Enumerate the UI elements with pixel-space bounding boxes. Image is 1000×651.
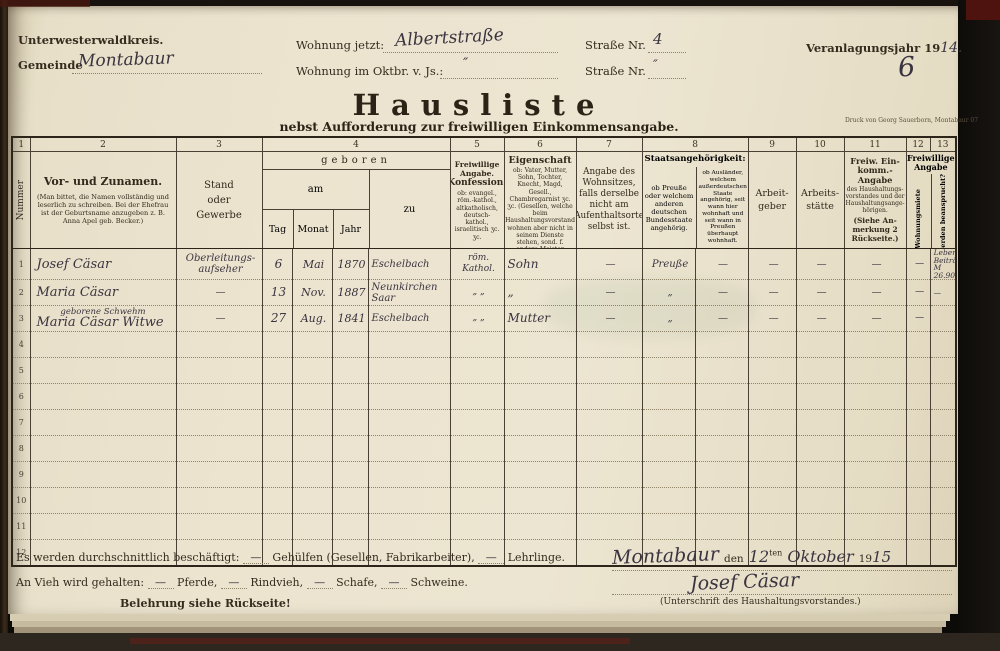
cell-wohnsitz [576,436,642,462]
staat-auslaender-handwritten: — [696,287,748,298]
header-nummer-label: Nummer [16,180,26,220]
arbeitgeber-handwritten: — [749,259,796,270]
cell-jahr [332,332,368,358]
cell-eigenschaft [504,384,576,410]
cell-abzuege [930,436,956,462]
cell-arbeitsstaette: — [796,249,844,280]
cell-staat-auslaender [695,514,748,540]
cell-arbeitgeber [748,332,796,358]
cell-monat [292,436,332,462]
cell-konfession [450,488,504,514]
freiw-eink-handwritten: — [845,313,906,324]
pferde-label: Pferde, [177,576,217,589]
header-konfession-freiwillig: Freiwillige Angabe. [451,161,504,178]
vieh-blank-1: — [148,578,174,589]
strasse-nr-label-1: Straße Nr. [585,38,646,52]
schweine-label: Schweine. [411,576,468,589]
cell-arbeitsstaette [796,358,844,384]
cell-abzuege: Lebensvers. Beiträge M 26.90 [930,249,956,280]
col-number: 3 [176,137,262,152]
header-staat-preusse: ob Preuße oder welchem anderen deutschen… [643,167,696,248]
cell-staat-preusse: „ [642,306,695,332]
cell-staat-preusse [642,332,695,358]
cell-name [30,462,176,488]
table-row: 11 [12,514,956,540]
staat-handwritten: „ [643,313,695,324]
cell-konfession [450,462,504,488]
header-freiw-eink-ref: (Siehe An- merkung 2 Rückseite.) [845,217,906,243]
cell-name [30,488,176,514]
tag-handwritten: 13 [263,287,292,298]
header-arbeitgeber: Arbeit- geber [748,152,796,249]
cell-name [30,436,176,462]
cell-wohnsitz: — [576,306,642,332]
name-handwritten: Josef Cäsar [31,258,176,271]
arbeitsstaette-handwritten: — [797,259,844,270]
cell-freiw-eink [844,384,906,410]
table-row: 4 [12,332,956,358]
cell-wohnsitz [576,462,642,488]
table-row: 8 [12,436,956,462]
wohnung-oktbr-label: Wohnung im Oktbr. v. Js.: [296,64,443,78]
cell-tag [262,462,292,488]
col-number: 1 [12,137,30,152]
konfession-handwritten: röm. Kathol. [451,253,504,275]
header-konfession-note: ob: evangel., röm.-kathol., altkatholisc… [451,189,504,241]
freiw-eink-handwritten: — [845,287,906,298]
cell-abzuege [930,384,956,410]
cell-konfession [450,358,504,384]
scanned-document: Unterwesterwaldkreis. Gemeinde Montabaur… [0,0,1000,651]
header-miete-vertical: Zu zahlende Wohnungsmiete [915,189,923,248]
cell-konfession [450,410,504,436]
header-konfession-title: Konfession: [450,178,504,189]
cell-freiw-eink: — [844,280,906,306]
document-title: Hausliste [0,88,958,122]
year-handwritten: 15 [872,548,891,566]
header-staat-auslaender: ob Ausländer, welchem außerdeutschen Sta… [696,167,749,248]
cell-konfession [450,514,504,540]
cell-staat-auslaender: — [695,306,748,332]
cell-staat-auslaender [695,384,748,410]
wohnung-oktbr-ditto: ″ [463,56,468,72]
header-am-label: am [263,170,369,210]
header-arbeitgeber-label: Arbeit- geber [755,187,788,213]
page-stack-edge [10,614,950,621]
cell-miete [906,462,930,488]
cell-arbeitgeber [748,384,796,410]
cell-wohnsitz [576,410,642,436]
cell-miete [906,384,930,410]
cell-jahr [332,462,368,488]
table-row: 5 [12,358,956,384]
table-row: 3 geborene Schwehm Maria Cäsar Witwe — 2… [12,306,956,332]
header-freiwillige-angabe: Freiwillige Angabe Zu zahlende Wohnungsm… [906,152,956,249]
col-number: 5 [450,137,504,152]
den-label: den [724,553,744,565]
row-number: 8 [12,436,30,462]
cell-tag [262,436,292,462]
table-row: 7 [12,410,956,436]
wohnung-jetzt-fill-line [383,52,558,53]
table-body: 1 Josef Cäsar Oberleitungs- aufseher 6 M… [12,249,956,567]
cell-stand [176,488,262,514]
header-nummer: Nummer [12,152,30,249]
cell-konfession: „ „ [450,306,504,332]
cell-staat-auslaender [695,436,748,462]
arbeitsstaette-handwritten: — [797,287,844,298]
document-subtitle: nebst Aufforderung zur freiwilligen Eink… [0,119,958,134]
cell-arbeitsstaette [796,410,844,436]
cell-eigenschaft [504,410,576,436]
cell-freiw-eink [844,358,906,384]
cell-arbeitsstaette [796,384,844,410]
cell-jahr: 1887 [332,280,368,306]
cell-arbeitgeber: — [748,249,796,280]
cell-tag: 27 [262,306,292,332]
zu-handwritten: Eschelbach [369,313,450,324]
cell-konfession: „ „ [450,280,504,306]
header-fa-title: Freiwillige Angabe [907,152,956,174]
cell-arbeitgeber [748,462,796,488]
cell-zu [368,358,450,384]
jahr-handwritten: 1887 [333,287,368,298]
header-freiw-eink-note: des Haushaltungs- vorstandes und der Hau… [844,185,906,215]
signature-date-line: Montabaur den 12ten Oktober 1915 [612,545,952,567]
beschaeftigt-blank-2: — [478,553,504,564]
cell-name [30,384,176,410]
cell-tag [262,488,292,514]
col-number: 4 [262,137,450,152]
cell-tag: 6 [262,249,292,280]
cell-zu [368,384,450,410]
cell-freiw-eink [844,488,906,514]
cell-staat-preusse [642,514,695,540]
cell-abzuege: — [930,280,956,306]
cell-name [30,410,176,436]
cell-konfession [450,384,504,410]
cell-abzuege [930,514,956,540]
cell-zu [368,436,450,462]
cell-arbeitsstaette [796,462,844,488]
page-number-handwritten: 6 [897,51,916,83]
lehrlinge-label: Lehrlinge. [508,551,565,564]
stand-handwritten: — [177,313,262,324]
cell-zu [368,332,450,358]
cell-name [30,514,176,540]
cell-stand [176,358,262,384]
freiw-eink-handwritten: — [845,259,906,270]
book-cover-edge-bottom [130,638,630,644]
cell-miete [906,358,930,384]
cell-staat-preusse [642,462,695,488]
row-number: 3 [12,306,30,332]
abzuege-handwritten: — [931,289,956,297]
col-number: 8 [642,137,748,152]
wohnung-jetzt-label: Wohnung jetzt: [296,38,384,52]
cell-wohnsitz [576,384,642,410]
header-wohnsitz-text: Angabe des Wohnsitzes, falls derselbe ni… [576,167,642,233]
cell-stand [176,384,262,410]
signature-name-handwritten: Josef Cäsar [690,569,800,595]
gemeinde-handwritten-value: Montabaur [78,48,174,71]
cell-monat [292,488,332,514]
row-number: 10 [12,488,30,514]
header-arbeitsstaette-label: Arbeits- stätte [801,187,839,213]
col-number: 7 [576,137,642,152]
cell-miete: — [906,306,930,332]
footer-beschaeftigt-line: Es werden durchschnittlich beschäftigt: … [16,551,565,564]
signature-fill-line-2 [612,594,952,595]
vieh-blank-2: — [221,578,247,589]
col-number: 2 [30,137,176,152]
cell-eigenschaft [504,514,576,540]
konfession-handwritten: „ „ [451,313,504,324]
cell-staat-auslaender [695,410,748,436]
jahr-handwritten: 1841 [333,313,368,324]
cell-eigenschaft: Mutter [504,306,576,332]
cell-miete [906,410,930,436]
cell-staat-preusse [642,410,695,436]
konfession-handwritten: „ „ [451,287,504,298]
row-number: 7 [12,410,30,436]
cell-arbeitgeber: — [748,306,796,332]
monat-handwritten: Mai [293,259,332,270]
col-number: 6 [504,137,576,152]
cell-arbeitgeber: — [748,280,796,306]
arbeitsstaette-handwritten: — [797,313,844,324]
cell-stand [176,332,262,358]
cell-stand [176,514,262,540]
header-monat-label: Monat [293,210,333,248]
cell-staat-preusse [642,436,695,462]
gemeinde-label: Gemeinde [18,58,83,72]
cell-jahr [332,514,368,540]
cell-tag [262,384,292,410]
cell-staat-preusse [642,358,695,384]
cell-arbeitgeber [748,488,796,514]
book-edge-top [0,0,1000,6]
wohnsitz-handwritten: — [577,259,642,270]
cell-staat-auslaender [695,358,748,384]
cell-jahr [332,358,368,384]
cell-name [30,332,176,358]
cell-jahr: 1870 [332,249,368,280]
cell-freiw-eink [844,332,906,358]
staat-handwritten: Preuße [643,259,695,270]
cell-name [30,358,176,384]
staat-handwritten: „ [643,287,695,298]
header-freiw-einkommen: Freiw. Ein- komm.-Angabe des Haushaltung… [844,152,906,249]
header-abzuege-vertical: Welche Abzüge werden beansprucht? [940,174,948,249]
cell-abzuege [930,488,956,514]
cell-wohnsitz [576,332,642,358]
cell-arbeitsstaette [796,436,844,462]
col-number: 11 [844,137,906,152]
cell-zu [368,462,450,488]
cell-eigenschaft: „ [504,280,576,306]
cell-tag [262,358,292,384]
table-row: 6 [12,384,956,410]
cell-miete [906,514,930,540]
cell-staat-auslaender [695,488,748,514]
jahr-handwritten: 1870 [333,259,368,270]
row-number: 2 [12,280,30,306]
cell-zu: Neunkirchen Saar [368,280,450,306]
header-eigenschaft-note: ob: Vater, Mutter, Sohn, Tochter, Knecht… [504,166,576,249]
cell-jahr: 1841 [332,306,368,332]
miete-handwritten: — [907,259,930,270]
header-geboren-label: geboren [263,152,450,170]
cell-stand [176,410,262,436]
cell-zu [368,514,450,540]
cell-staat-preusse: Preuße [642,249,695,280]
cell-eigenschaft [504,488,576,514]
cell-monat [292,410,332,436]
header-namen-title: Vor- und Zunamen. [44,175,162,188]
cell-monat: Nov. [292,280,332,306]
header-konfession: Freiwillige Angabe. Konfession: ob: evan… [450,152,504,249]
row-number: 1 [12,249,30,280]
strasse-nr-handwritten-1: 4 [653,30,663,48]
signature-month-handwritten: Oktober [787,547,853,566]
cell-staat-preusse [642,384,695,410]
cell-monat [292,384,332,410]
header-staat-title: Staatsangehörigkeit: [643,152,748,167]
cell-monat [292,514,332,540]
staat-auslaender-handwritten: — [696,259,748,270]
cell-arbeitgeber [748,358,796,384]
cell-abzuege [930,410,956,436]
beschaeftigt-label: Es werden durchschnittlich beschäftigt: [16,551,239,564]
header-freiw-eink-title: Freiw. Ein- komm.-Angabe [845,157,906,186]
cell-stand [176,462,262,488]
cell-wohnsitz [576,488,642,514]
row-number: 5 [12,358,30,384]
header-eigenschaft-title: Eigenschaft [508,155,571,166]
year-printed: 19 [859,553,872,565]
cell-konfession [450,436,504,462]
cell-staat-auslaender: — [695,280,748,306]
cell-monat [292,358,332,384]
veranlagungsjahr: Veranlagungsjahr 1914. [806,40,962,56]
column-number-row: 1 2 3 4 5 6 7 8 9 10 11 12 13 [12,137,956,152]
header-namen-note: (Man bittet, die Namen vollständig und l… [31,193,176,225]
cell-monat [292,332,332,358]
cell-arbeitgeber [748,410,796,436]
name-handwritten: Maria Cäsar Witwe [31,316,176,329]
col-number: 10 [796,137,844,152]
header-stand: Stand oder Gewerbe [176,152,262,249]
table-row: 1 Josef Cäsar Oberleitungs- aufseher 6 M… [12,249,956,280]
cell-abzuege [930,358,956,384]
veranlagungsjahr-printed: 19 [924,41,940,55]
veranlagungsjahr-handwritten: 14. [940,40,962,56]
cell-stand: — [176,306,262,332]
zu-handwritten: Neunkirchen Saar [369,282,450,304]
book-corner-top-left [0,0,90,7]
cell-monat: Mai [292,249,332,280]
cell-staat-auslaender [695,462,748,488]
cell-jahr [332,410,368,436]
cell-zu: Eschelbach [368,249,450,280]
signature-place-handwritten: Montabaur [612,543,720,569]
cell-eigenschaft [504,358,576,384]
tag-handwritten: 6 [263,259,292,270]
header-zu-label: zu [369,170,450,248]
cell-eigenschaft [504,436,576,462]
ten-label: ten [769,549,782,558]
cell-wohnsitz [576,514,642,540]
vieh-blank-3: — [307,578,333,589]
header-jahr-label: Jahr [333,210,369,248]
arbeitgeber-handwritten: — [749,287,796,298]
cell-freiw-eink [844,436,906,462]
cell-stand [176,436,262,462]
cell-jahr [332,488,368,514]
cell-abzuege [930,462,956,488]
header-stand-label: Stand oder Gewerbe [196,178,241,223]
arbeitgeber-handwritten: — [749,313,796,324]
book-corner-top-right [966,0,1000,20]
cell-abzuege [930,332,956,358]
schafe-label: Schafe, [336,576,377,589]
header-namen: Vor- und Zunamen. (Man bittet, die Namen… [30,152,176,249]
cell-miete: — [906,249,930,280]
cell-staat-auslaender: — [695,249,748,280]
row-number: 6 [12,384,30,410]
gehuelfen-label: Gehülfen (Gesellen, Fabrikarbeiter), [272,551,474,564]
cell-name: Maria Cäsar [30,280,176,306]
cell-freiw-eink: — [844,306,906,332]
cell-tag [262,332,292,358]
cell-arbeitsstaette: — [796,280,844,306]
cell-arbeitgeber [748,436,796,462]
cell-zu: Eschelbach [368,306,450,332]
header-geboren: geboren am Tag Monat Jahr zu [262,152,450,249]
table-row: 10 [12,488,956,514]
row-number: 11 [12,514,30,540]
abzuege-handwritten: Lebensvers. Beiträge M 26.90 [931,249,956,279]
cell-miete [906,332,930,358]
cell-freiw-eink [844,514,906,540]
staat-auslaender-handwritten: — [696,313,748,324]
cell-stand: Oberleitungs- aufseher [176,249,262,280]
strasse-nr-ditto-2: ″ [653,58,658,73]
stand-handwritten: Oberleitungs- aufseher [177,253,262,275]
cell-eigenschaft [504,332,576,358]
zu-handwritten: Eschelbach [369,259,450,270]
signature-caption: (Unterschrift des Haushaltungsvorstandes… [660,597,861,607]
signature-day-handwritten: 12 [749,547,769,566]
cell-miete: — [906,280,930,306]
cell-arbeitsstaette [796,332,844,358]
cell-zu [368,488,450,514]
header-arbeitsstaette: Arbeits- stätte [796,152,844,249]
header-eigenschaft: Eigenschaft ob: Vater, Mutter, Sohn, Toc… [504,152,576,249]
cell-konfession [450,332,504,358]
cell-staat-preusse: „ [642,280,695,306]
printer-imprint: Druck von Georg Sauerborn, Montabaur 07 [845,117,978,124]
wohnung-oktbr-fill-line [440,78,558,79]
table-row: 9 [12,462,956,488]
cell-name: geborene Schwehm Maria Cäsar Witwe [30,306,176,332]
row-number: 9 [12,462,30,488]
cell-tag [262,410,292,436]
district-name: Unterwesterwaldkreis. [18,33,163,47]
wohnsitz-handwritten: — [577,287,642,298]
name-handwritten: Maria Cäsar [31,286,176,299]
